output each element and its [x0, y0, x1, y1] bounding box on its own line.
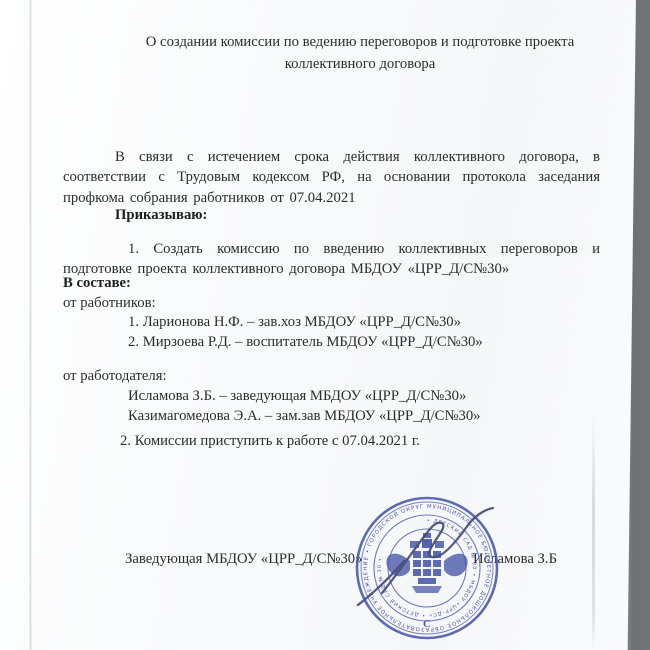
page-edge-shadow: [592, 415, 595, 650]
order-item-2: 2. Комиссии приступить к работе с 07.04.…: [120, 431, 420, 452]
signature-role: Заведующая МБДОУ «ЦРР_Д/С№30»: [125, 549, 362, 570]
round-seal-stamp: МУНИЦИПАЛЬНОЕ БЮДЖЕТНОЕ ДОШКОЛЬНОЕ ОБРАЗ…: [342, 483, 512, 650]
worker-item: 1. Ларионова Н.Ф. – зав.хоз МБДОУ «ЦРР_Д…: [128, 312, 461, 333]
worker-item: 2. Мирзоева Р.Д. – воспитатель МБДОУ «ЦР…: [128, 332, 483, 353]
scanner-background-strip: [624, 0, 650, 650]
employer-item: Исламова З.Б. – заведующая МБДОУ «ЦРР_Д/…: [128, 386, 466, 407]
workers-label: от работников:: [63, 293, 156, 314]
intro-paragraph: В связи с истечением срока действия колл…: [63, 147, 600, 209]
title-line-2: коллективного договора: [95, 53, 625, 75]
employer-item: Казимагомедова Э.А. – зам.зав МБДОУ «ЦРР…: [128, 406, 481, 427]
stamp-center-letter: С: [423, 618, 431, 630]
title-line-1: О создании комиссии по ведению переговор…: [95, 31, 625, 53]
scanned-document-page: О создании комиссии по ведению переговор…: [0, 0, 650, 650]
order-heading: Приказываю:: [115, 205, 207, 226]
order-item-1: 1. Создать комиссию по введению коллекти…: [63, 239, 600, 280]
page-fold-shadow: [29, 0, 32, 650]
composition-heading: В составе:: [63, 273, 131, 294]
employer-label: от работодателя:: [63, 366, 167, 387]
document-title: О создании комиссии по ведению переговор…: [95, 31, 625, 75]
